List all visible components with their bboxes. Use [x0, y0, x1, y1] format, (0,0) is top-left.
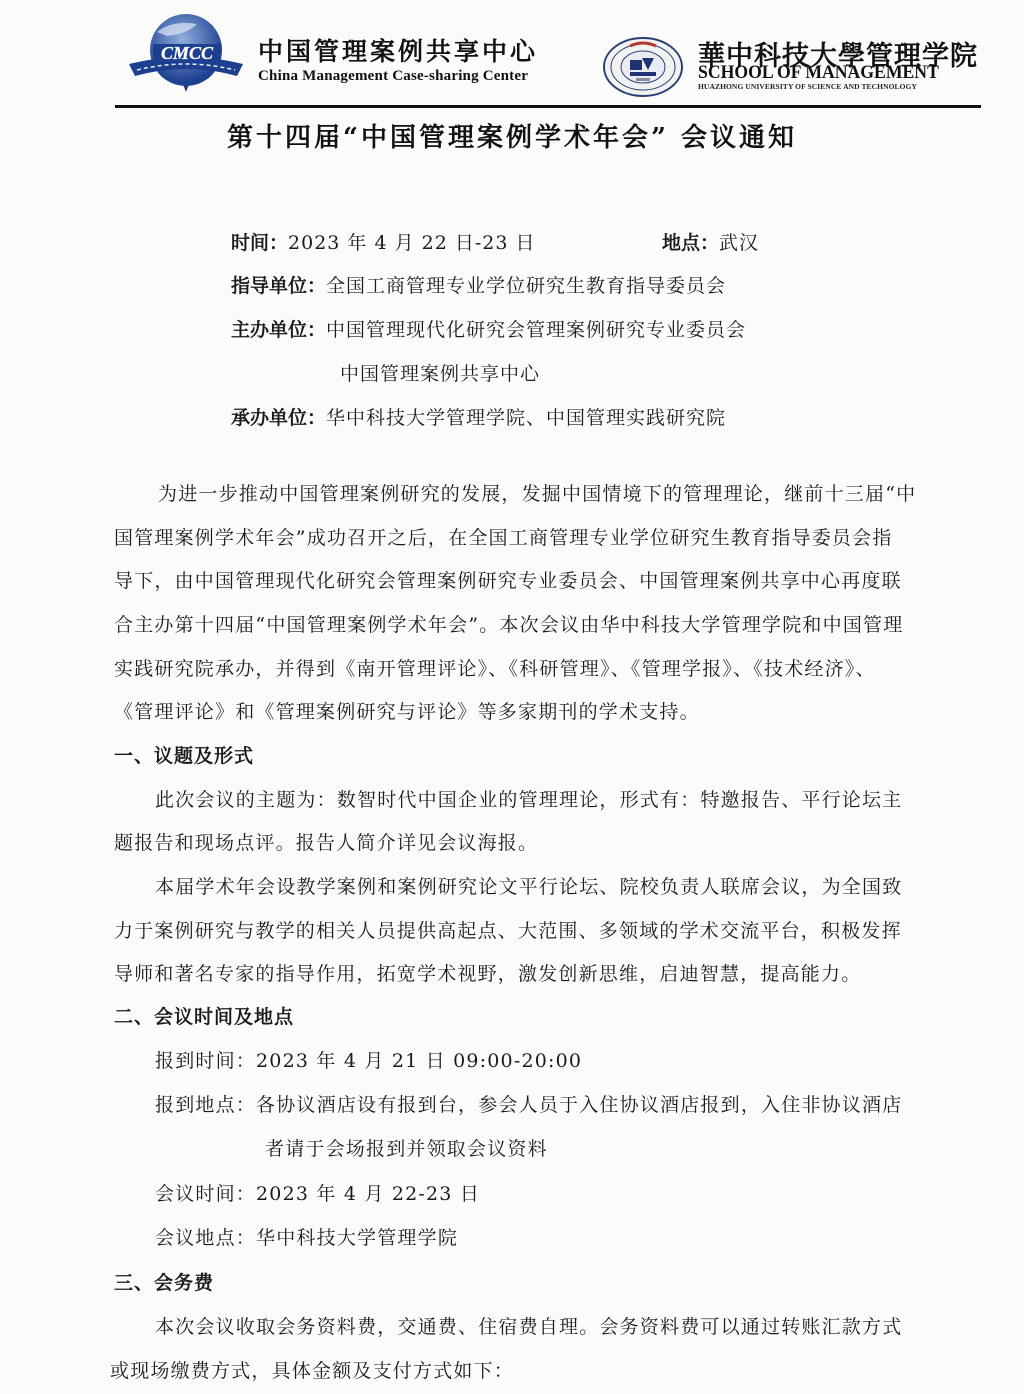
meeting-place-label: 会议地点：	[155, 1227, 256, 1249]
section-line: 本次会议收取会务资料费，交通费、住宿费自理。会务资料费可以通过转账汇款方式	[155, 1312, 902, 1339]
left-org-name-en: China Management Case-sharing Center	[258, 68, 528, 85]
meeting-place: 会议地点：华中科技大学管理学院	[155, 1223, 458, 1250]
host-value-1: 中国管理现代化研究会管理案例研究专业委员会	[326, 319, 746, 341]
intro-line: 导下，由中国管理现代化研究会管理案例研究专业委员会、中国管理案例共享中心再度联	[114, 566, 902, 593]
time-label: 时间：	[231, 232, 288, 254]
time-value: 2023 年 4 月 22 日-23 日	[288, 232, 535, 254]
meta-host-cont: 中国管理案例共享中心	[340, 359, 540, 386]
checkin-time-label: 报到时间：	[155, 1050, 256, 1072]
section-line: 此次会议的主题为：数智时代中国企业的管理理论，形式有：特邀报告、平行论坛主	[155, 785, 902, 812]
header-divider	[115, 105, 981, 108]
intro-line: 实践研究院承办，并得到《南开管理评论》、《科研管理》、《管理学报》、《技术经济》…	[114, 654, 876, 681]
organizer-label: 承办单位：	[231, 407, 326, 429]
right-org-university-en: HUAZHONG UNIVERSITY OF SCIENCE AND TECHN…	[698, 82, 917, 91]
intro-line: 为进一步推动中国管理案例研究的发展，发掘中国情境下的管理理论，继前十三届“中	[158, 479, 916, 506]
section-line: 或现场缴费方式，具体金额及支付方式如下：	[110, 1356, 514, 1383]
meta-time: 时间：2023 年 4 月 22 日-23 日	[231, 228, 535, 255]
checkin-place: 报到地点：各协议酒店设有报到台，参会人员于入住协议酒店报到，入住非协议酒店	[155, 1090, 902, 1117]
svg-text:CMCC: CMCC	[161, 43, 214, 63]
host-label: 主办单位：	[231, 319, 326, 341]
hust-seal-icon	[602, 36, 684, 98]
section-line: 导师和著名专家的指导作用，拓宽学术视野，激发创新思维，启迪智慧，提高能力。	[114, 959, 861, 986]
meeting-time: 会议时间：2023 年 4 月 22-23 日	[155, 1179, 480, 1206]
meeting-place-value: 华中科技大学管理学院	[256, 1227, 458, 1249]
intro-line: 《管理评论》和《管理案例研究与评论》等多家期刊的学术支持。	[114, 697, 700, 724]
meta-organizer: 承办单位：华中科技大学管理学院、中国管理实践研究院	[231, 403, 726, 430]
meeting-time-label: 会议时间：	[155, 1183, 256, 1205]
checkin-time-value: 2023 年 4 月 21 日 09:00-20:00	[256, 1050, 582, 1072]
guide-value: 全国工商管理专业学位研究生教育指导委员会	[326, 275, 726, 297]
section-line: 题报告和现场点评。报告人简介详见会议海报。	[114, 828, 538, 855]
section-heading-time-place: 二、会议时间及地点	[114, 1002, 294, 1029]
document-title: 第十四届“中国管理案例学术年会” 会议通知	[0, 117, 1024, 154]
checkin-place-label: 报到地点：	[155, 1094, 256, 1116]
section-line: 本届学术年会设教学案例和案例研究论文平行论坛、院校负责人联席会议，为全国致	[155, 872, 902, 899]
checkin-place-value: 各协议酒店设有报到台，参会人员于入住协议酒店报到，入住非协议酒店	[256, 1094, 902, 1116]
section-heading-topics: 一、议题及形式	[114, 741, 254, 768]
checkin-time: 报到时间：2023 年 4 月 21 日 09:00-20:00	[155, 1046, 582, 1073]
organizer-value: 华中科技大学管理学院、中国管理实践研究院	[326, 407, 726, 429]
meta-host: 主办单位：中国管理现代化研究会管理案例研究专业委员会	[231, 315, 746, 342]
section-line: 力于案例研究与教学的相关人员提供高起点、大范围、多领域的学术交流平台，积极发挥	[114, 916, 902, 943]
intro-line: 国管理案例学术年会”成功召开之后，在全国工商管理专业学位研究生教育指导委员会指	[114, 523, 893, 550]
place-label: 地点：	[662, 232, 719, 254]
notice-page: CMCC 中国管理案例共享中心 China Management Case-sh…	[0, 0, 1024, 1394]
right-org-name-en: SCHOOL OF MANAGEMENT	[698, 62, 939, 84]
checkin-place-cont: 者请于会场报到并领取会议资料	[265, 1134, 548, 1161]
meeting-time-value: 2023 年 4 月 22-23 日	[256, 1183, 480, 1205]
cmcc-logo-icon: CMCC	[127, 10, 245, 96]
guide-label: 指导单位：	[231, 275, 326, 297]
place-value: 武汉	[719, 232, 759, 254]
left-org-name-cn: 中国管理案例共享中心	[258, 32, 538, 68]
intro-line: 合主办第十四届“中国管理案例学术年会”。本次会议由华中科技大学管理学院和中国管理	[114, 610, 903, 637]
host-value-2: 中国管理案例共享中心	[340, 363, 540, 385]
meta-place: 地点：武汉	[662, 228, 759, 255]
section-heading-fees: 三、会务费	[114, 1268, 214, 1295]
meta-guide: 指导单位：全国工商管理专业学位研究生教育指导委员会	[231, 271, 726, 298]
